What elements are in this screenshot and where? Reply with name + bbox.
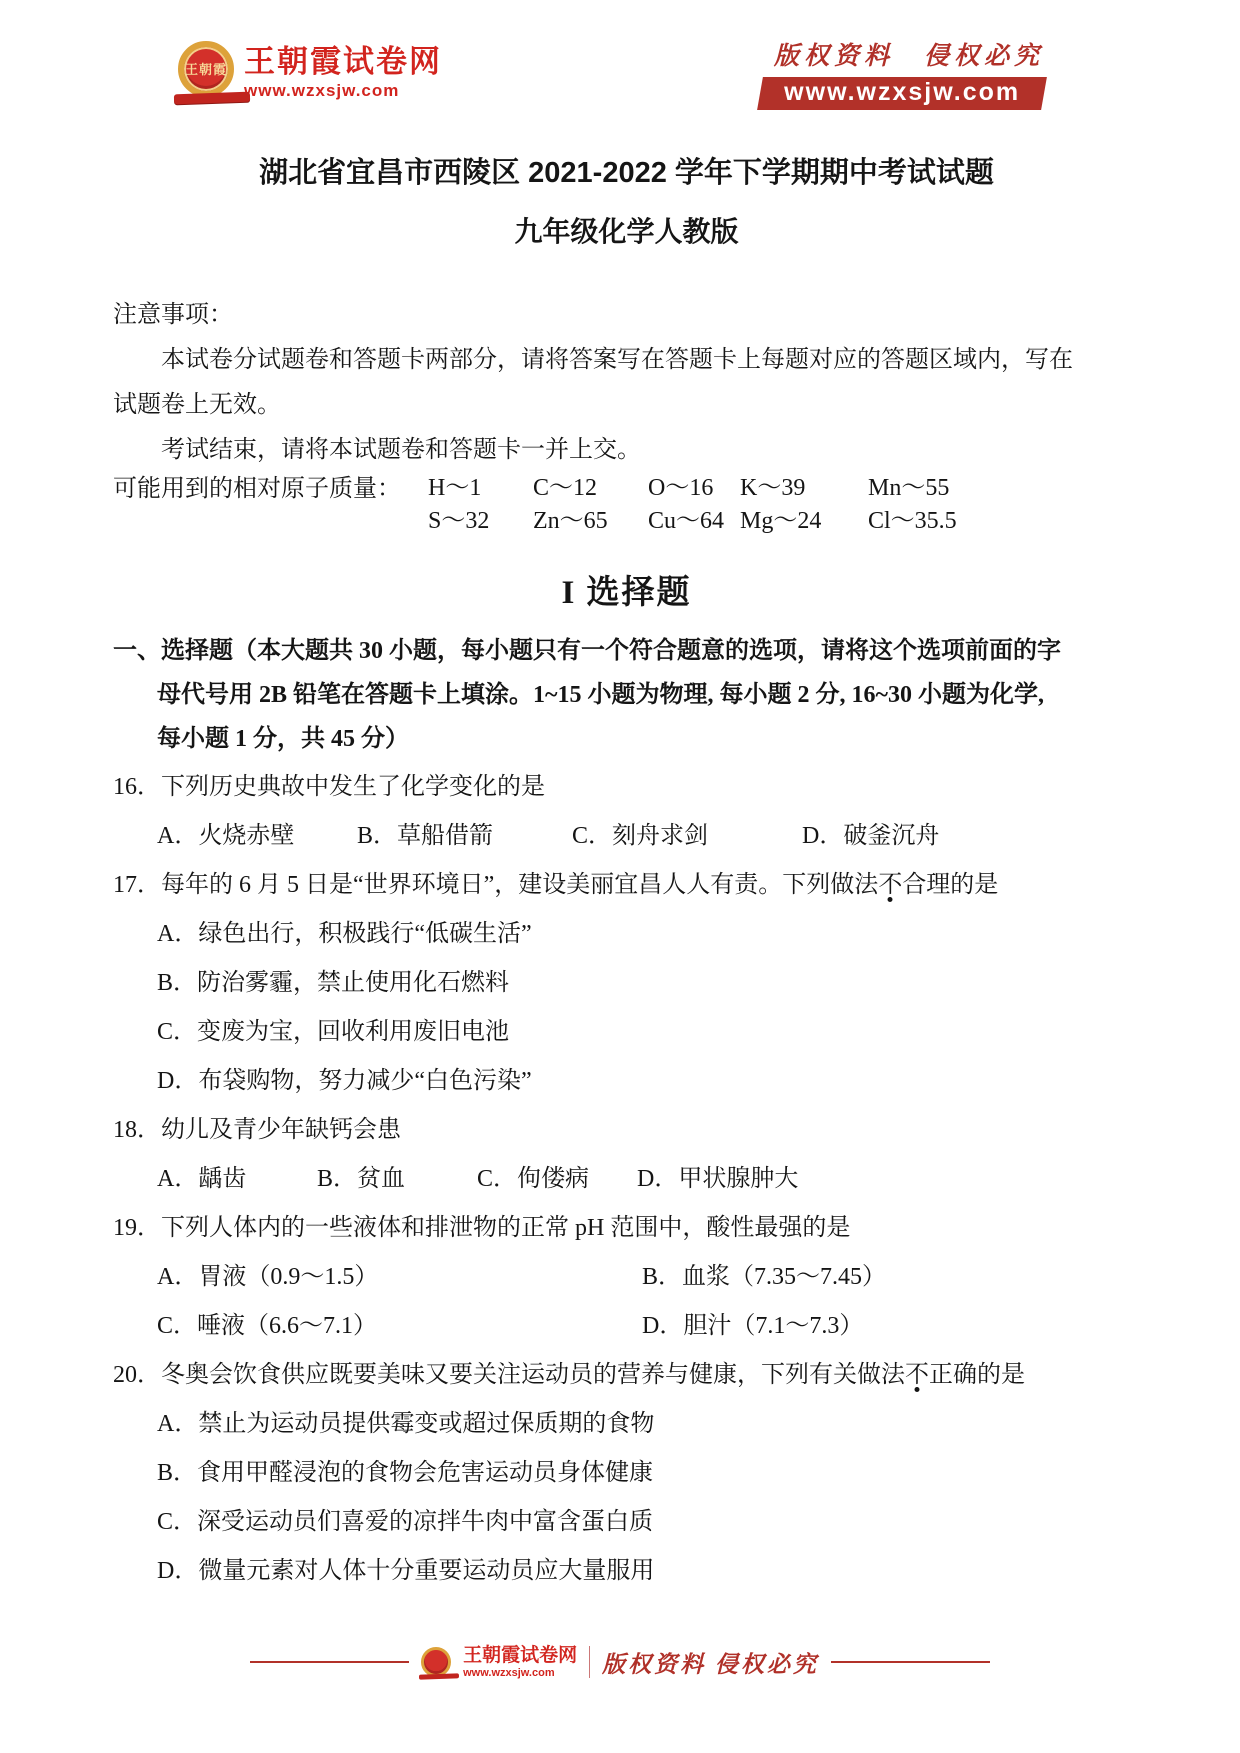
notice-paragraph-line: 试题卷上无效。 (113, 382, 1140, 427)
question-stem: 20．冬奥会饮食供应既要美味又要关注运动员的营养与健康，下列有关做法不正确的是 (113, 1351, 1140, 1400)
emphasized-char: 不 (905, 1362, 929, 1388)
option-b: B．血浆（7.35～7.45） (642, 1253, 1140, 1302)
option-b: B．草船借箭 (357, 812, 572, 861)
option-text: 胆汁（7.1～7.3） (683, 1313, 863, 1339)
option-a: A．禁止为运动员提供霉变或超过保质期的食物 (113, 1400, 1140, 1449)
option-label: C． (157, 1019, 197, 1045)
option-text: 佝偻病 (517, 1166, 589, 1192)
footer-brand-block: 王朝霞试卷网 www.wzxsjw.com (463, 1645, 577, 1679)
option-c: C．深受运动员们喜爱的凉拌牛肉中富含蛋白质 (113, 1498, 1140, 1547)
exam-title-line1: 湖北省宜昌市西陵区 2021-2022 学年下学期期中考试试题 (113, 150, 1140, 191)
option-c: C．刻舟求剑 (572, 812, 802, 861)
question-stem: 16．下列历史典故中发生了化学变化的是 (113, 763, 1140, 812)
option-text: 胃液（0.9～1.5） (198, 1264, 378, 1290)
footer-site-url: www.wzxsjw.com (463, 1667, 577, 1680)
option-label: B． (317, 1166, 357, 1192)
question-number: 20． (113, 1362, 161, 1388)
option-text: 破釜沉舟 (843, 823, 939, 849)
option-text: 食用甲醛浸泡的食物会危害运动员身体健康 (197, 1460, 653, 1486)
option-row: A．火烧赤壁B．草船借箭C．刻舟求剑D．破釜沉舟 (113, 812, 1140, 861)
medal-badge-icon: 王朝霞 (178, 41, 234, 97)
option-b: B．食用甲醛浸泡的食物会危害运动员身体健康 (113, 1449, 1140, 1498)
atomic-mass-value: C～12 (533, 472, 648, 505)
option-label: C． (572, 823, 612, 849)
instruction-line: 每小题 1 分，共 45 分） (113, 717, 1140, 761)
option-text: 防治雾霾，禁止使用化石燃料 (197, 970, 509, 996)
option-d: D．甲状腺肿大 (637, 1155, 798, 1204)
option-label: A． (157, 921, 198, 947)
brand-block: 王朝霞试卷网 www.wzxsjw.com (244, 36, 442, 101)
option-grid: A．胃液（0.9～1.5） B．血浆（7.35～7.45） C．唾液（6.6～7… (113, 1253, 1140, 1351)
exam-title-line2: 九年级化学人教版 (113, 210, 1140, 250)
option-a: A．绿色出行，积极践行“低碳生活” (113, 910, 1140, 959)
question-number: 17． (113, 872, 161, 898)
atomic-mass-value: Mg～24 (740, 505, 868, 538)
question-stem: 18．幼儿及青少年缺钙会患 (113, 1106, 1140, 1155)
page-header: 王朝霞 王朝霞试卷网 www.wzxsjw.com 版权资料 侵权必究 www.… (178, 36, 1044, 110)
option-d: D．布袋购物，努力减少“白色污染” (113, 1057, 1140, 1106)
option-text: 唾液（6.6～7.1） (197, 1313, 377, 1339)
option-text: 刻舟求剑 (612, 823, 708, 849)
question-number: 18． (113, 1117, 161, 1143)
notice-paragraph-line: 考试结束，请将本试题卷和答题卡一并上交。 (113, 427, 1140, 472)
option-c: C．变废为宝，回收利用废旧电池 (113, 1008, 1140, 1057)
question-number: 19． (113, 1215, 161, 1241)
question-stem: 17．每年的 6 月 5 日是“世界环境日”，建设美丽宜昌人人有责。下列做法不合… (113, 861, 1140, 910)
atomic-mass-section: 可能用到的相对原子质量： H～1 C～12 O～16 K～39 Mn～55 S～… (113, 472, 1140, 538)
question-stem: 19．下列人体内的一些液体和排泄物的正常 pH 范围中，酸性最强的是 (113, 1204, 1140, 1253)
section-instructions: 一、选择题（本大题共 30 小题，每小题只有一个符合题意的选项，请将这个选项前面… (113, 629, 1140, 761)
atomic-mass-row-1: 可能用到的相对原子质量： H～1 C～12 O～16 K～39 Mn～55 (113, 472, 1140, 505)
document-body: 湖北省宜昌市西陵区 2021-2022 学年下学期期中考试试题 九年级化学人教版… (0, 0, 1240, 1596)
site-name: 王朝霞试卷网 (244, 36, 442, 81)
stem-text: 下列历史典故中发生了化学变化的是 (161, 774, 545, 800)
option-b: B．防治雾霾，禁止使用化石燃料 (113, 959, 1140, 1008)
option-text: 草船借箭 (397, 823, 493, 849)
question-19: 19．下列人体内的一些液体和排泄物的正常 pH 范围中，酸性最强的是 A．胃液（… (113, 1204, 1140, 1351)
question-18: 18．幼儿及青少年缺钙会患 A．龋齿B．贫血C．佝偻病D．甲状腺肿大 (113, 1106, 1140, 1204)
notice-paragraph-line: 本试卷分试题卷和答题卡两部分，请将答案写在答题卡上每题对应的答题区域内，写在 (113, 337, 1140, 382)
exam-paper-page: 王朝霞 王朝霞试卷网 www.wzxsjw.com 版权资料 侵权必究 www.… (0, 0, 1240, 1596)
atomic-mass-value: S～32 (428, 505, 533, 538)
footer-divider (589, 1646, 590, 1678)
footer-copyright-slogan: 版权资料 侵权必究 (602, 1646, 819, 1679)
option-a: A．火烧赤壁 (157, 812, 357, 861)
copyright-block: 版权资料 侵权必究 www.wzxsjw.com (760, 36, 1044, 110)
atomic-mass-label: 可能用到的相对原子质量： (113, 472, 428, 505)
question-list: 16．下列历史典故中发生了化学变化的是 A．火烧赤壁B．草船借箭C．刻舟求剑D．… (113, 763, 1140, 1596)
atomic-mass-value: Cl～35.5 (868, 505, 1140, 538)
atomic-mass-value: H～1 (428, 472, 533, 505)
option-label: A． (157, 1264, 198, 1290)
footer-rule-right (831, 1661, 990, 1663)
option-text: 贫血 (357, 1166, 405, 1192)
atomic-mass-value: K～39 (740, 472, 868, 505)
option-text: 深受运动员们喜爱的凉拌牛肉中富含蛋白质 (197, 1509, 653, 1535)
footer-rule-left (250, 1661, 409, 1663)
atomic-mass-value: Cu～64 (648, 505, 740, 538)
option-label: B． (642, 1264, 682, 1290)
option-a: A．胃液（0.9～1.5） (157, 1253, 642, 1302)
stem-text: 正确的是 (929, 1362, 1025, 1388)
part-heading: I 选择题 (113, 566, 1140, 613)
instruction-line: 母代号用 2B 铅笔在答题卡上填涂。1~15 小题为物理, 每小题 2 分, 1… (113, 673, 1140, 717)
page-footer: 王朝霞试卷网 www.wzxsjw.com 版权资料 侵权必究 (0, 1645, 1240, 1679)
option-d: D．胆汁（7.1～7.3） (642, 1302, 1140, 1351)
notice-section: 注意事项： 本试卷分试题卷和答题卡两部分，请将答案写在答题卡上每题对应的答题区域… (113, 292, 1140, 472)
option-label: B． (357, 823, 397, 849)
option-label: B． (157, 970, 197, 996)
option-c: C．佝偻病 (477, 1155, 637, 1204)
option-label: C． (477, 1166, 517, 1192)
option-label: C． (157, 1509, 197, 1535)
option-text: 甲状腺肿大 (678, 1166, 798, 1192)
atomic-mass-value: Mn～55 (868, 472, 1140, 505)
option-label: D． (637, 1166, 678, 1192)
stem-text: 冬奥会饮食供应既要美味又要关注运动员的营养与健康，下列有关做法 (161, 1362, 905, 1388)
atomic-mass-value: Zn～65 (533, 505, 648, 538)
option-label: A． (157, 1411, 198, 1437)
stem-text: 合理的是 (902, 872, 998, 898)
option-label: A． (157, 823, 198, 849)
option-text: 变废为宝，回收利用废旧电池 (197, 1019, 509, 1045)
option-label: C． (157, 1313, 197, 1339)
footer-medal-badge-icon (421, 1647, 451, 1677)
stem-text: 下列人体内的一些液体和排泄物的正常 pH 范围中，酸性最强的是 (161, 1215, 850, 1241)
option-text: 微量元素对人体十分重要运动员应大量服用 (198, 1558, 654, 1584)
stem-text: 每年的 6 月 5 日是“世界环境日”，建设美丽宜昌人人有责。下列做法 (161, 872, 878, 898)
atomic-mass-label-spacer (113, 505, 428, 538)
option-text: 布袋购物，努力减少“白色污染” (198, 1068, 531, 1094)
question-16: 16．下列历史典故中发生了化学变化的是 A．火烧赤壁B．草船借箭C．刻舟求剑D．… (113, 763, 1140, 861)
option-text: 龋齿 (198, 1166, 246, 1192)
question-20: 20．冬奥会饮食供应既要美味又要关注运动员的营养与健康，下列有关做法不正确的是 … (113, 1351, 1140, 1596)
emphasized-char: 不 (878, 872, 902, 898)
option-a: A．龋齿 (157, 1155, 317, 1204)
option-row: A．龋齿B．贫血C．佝偻病D．甲状腺肿大 (113, 1155, 1140, 1204)
option-d: D．破釜沉舟 (802, 812, 939, 861)
option-text: 血浆（7.35～7.45） (682, 1264, 886, 1290)
footer-site-name: 王朝霞试卷网 (463, 1645, 577, 1667)
notice-heading: 注意事项： (113, 292, 1140, 337)
option-label: D． (157, 1068, 198, 1094)
option-label: D． (157, 1558, 198, 1584)
option-c: C．唾液（6.6～7.1） (157, 1302, 642, 1351)
option-text: 火烧赤壁 (198, 823, 294, 849)
option-b: B．贫血 (317, 1155, 477, 1204)
copyright-slogan: 版权资料 侵权必究 (760, 36, 1044, 72)
instruction-line: 一、选择题（本大题共 30 小题，每小题只有一个符合题意的选项，请将这个选项前面… (113, 629, 1140, 673)
site-logo: 王朝霞 王朝霞试卷网 www.wzxsjw.com (178, 36, 442, 101)
site-url: www.wzxsjw.com (244, 81, 442, 101)
question-17: 17．每年的 6 月 5 日是“世界环境日”，建设美丽宜昌人人有责。下列做法不合… (113, 861, 1140, 1106)
question-number: 16． (113, 774, 161, 800)
option-label: B． (157, 1460, 197, 1486)
atomic-mass-row-2: S～32 Zn～65 Cu～64 Mg～24 Cl～35.5 (113, 505, 1140, 538)
option-text: 绿色出行，积极践行“低碳生活” (198, 921, 531, 947)
option-label: D． (802, 823, 843, 849)
option-text: 禁止为运动员提供霉变或超过保质期的食物 (198, 1411, 654, 1437)
url-banner: www.wzxsjw.com (757, 77, 1047, 110)
url-banner-text: www.wzxsjw.com (784, 78, 1020, 107)
option-d: D．微量元素对人体十分重要运动员应大量服用 (113, 1547, 1140, 1596)
option-label: D． (642, 1313, 683, 1339)
atomic-mass-value: O～16 (648, 472, 740, 505)
option-label: A． (157, 1166, 198, 1192)
stem-text: 幼儿及青少年缺钙会患 (161, 1117, 401, 1143)
badge-text: 王朝霞 (185, 59, 227, 78)
